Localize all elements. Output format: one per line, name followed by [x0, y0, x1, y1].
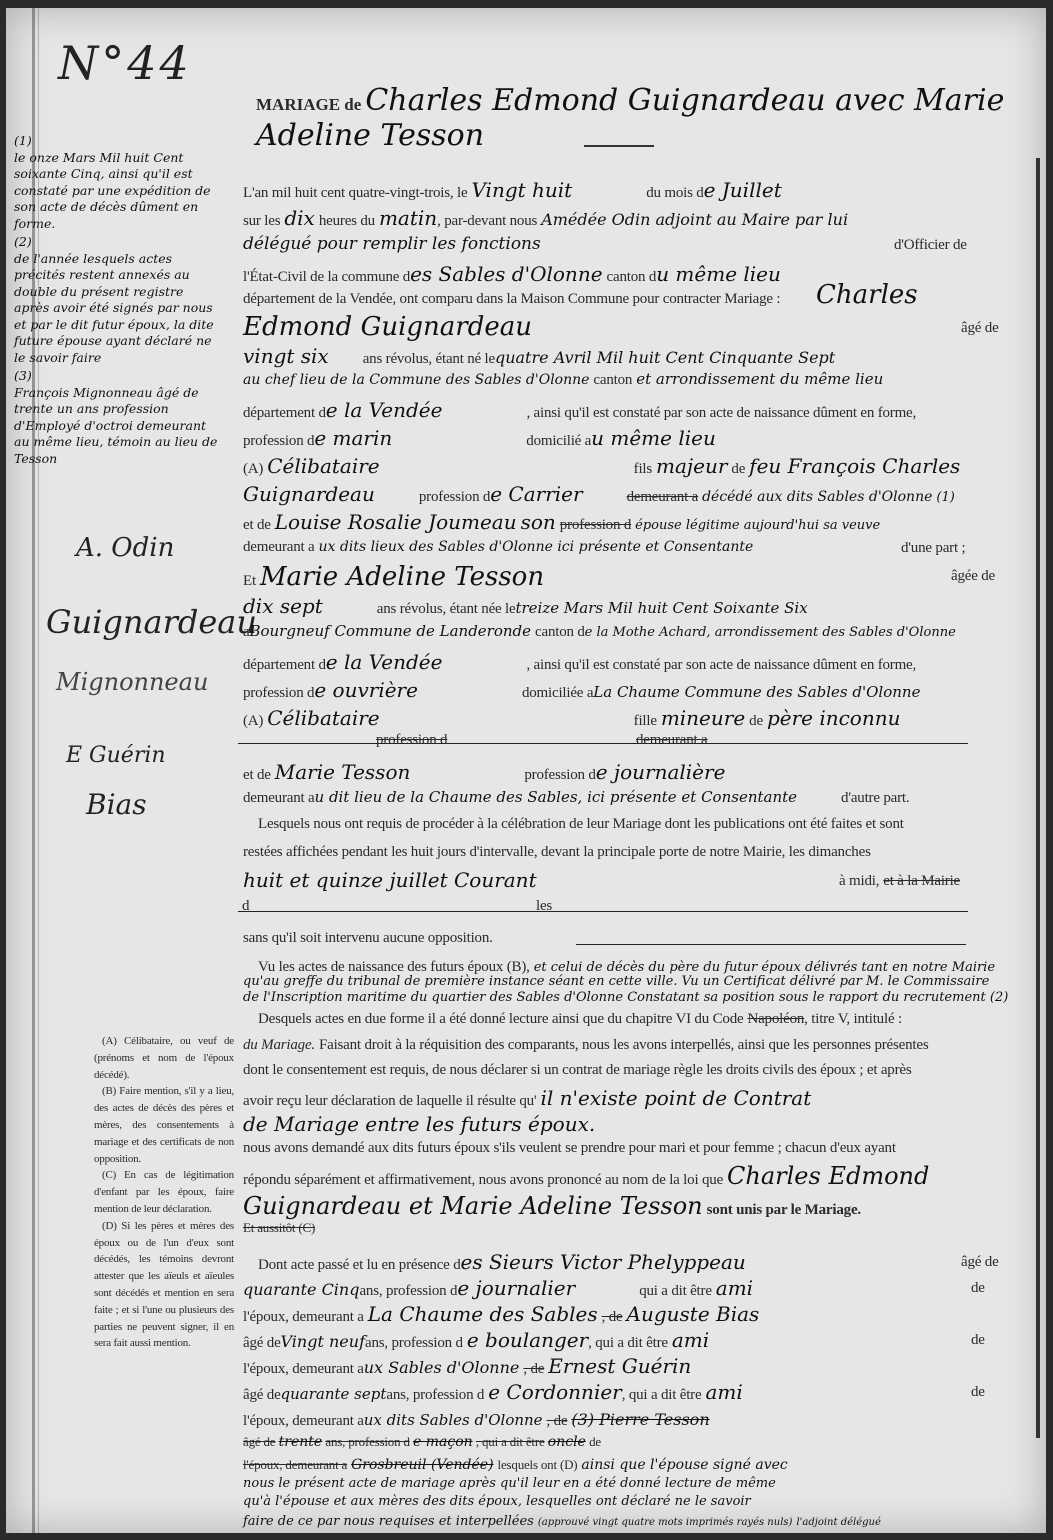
register-page: N°44 MARIAGE de Charles Edmond Guignarde…	[6, 8, 1046, 1533]
body-line-no-opposition: sans qu'il soit intervenu aucune opposit…	[243, 930, 493, 947]
body-line-groom-age: vingt six ans révolus, étant né lequatre…	[243, 344, 835, 368]
margin-notes: (1) le onze Mars Mil huit Cent soixante …	[14, 133, 219, 467]
margin-signature-guerin: E Guérin	[66, 743, 166, 768]
footnote-c: (C) En cas de légitimation d'enfant par …	[94, 1167, 234, 1217]
body-line-groom-status: (A) Célibataire fils majeur de feu Franç…	[243, 454, 960, 478]
record-title: MARIAGE de Charles Edmond Guignardeau av…	[256, 83, 1004, 118]
body-line-signing: l'époux, demeurant a Grosbreuil (Vendée)…	[243, 1456, 788, 1474]
body-line-witness-3: l'époux, demeurant aux Sables d'Olonne ,…	[243, 1354, 691, 1378]
body-line-witness-2: l'époux, demeurant a La Chaume des Sable…	[243, 1302, 759, 1326]
title-label: MARIAGE de	[256, 95, 361, 114]
body-line-date: L'an mil huit cent quatre-vingt-trois, l…	[243, 178, 782, 202]
body-line-groom-mother-residence: demeurant a ux dits lieux des Sables d'O…	[243, 538, 753, 556]
body-line-bride-mother-residence: demeurant au dit lieu de la Chaume des S…	[243, 788, 909, 807]
margin-note-2-label: (2)	[14, 234, 219, 251]
margin-note-1: le onze Mars Mil huit Cent soixante Cinq…	[14, 150, 219, 233]
body-line-sundays: huit et quinze juillet Courant	[243, 868, 537, 892]
record-number: N°44	[58, 36, 192, 90]
body-line-commune: l'État-Civil de la commune des Sables d'…	[243, 262, 781, 286]
body-line-groom-birthplace: au chef lieu de la Commune des Sables d'…	[243, 370, 883, 389]
title-names-line2: Adeline Tesson	[256, 118, 484, 153]
margin-note-1-label: (1)	[14, 133, 219, 150]
body-line-groom-mother: et de Louise Rosalie Joumeau son profess…	[243, 510, 880, 534]
body-line-delegation: délégué pour remplir les fonctions	[243, 234, 541, 254]
body-line-requisition: du Mariage. Faisant droit à la réquisiti…	[243, 1036, 928, 1054]
body-line-hour: sur les dix heures du matin, par-devant …	[243, 206, 848, 230]
approval-note: (approuvé vingt quatre mots imprimés ray…	[538, 1517, 793, 1528]
body-line-bride-departement: département de la Vendée , ainsi qu'il e…	[243, 650, 916, 674]
body-line-groom-profession: profession de marin domicilié au même li…	[243, 426, 716, 450]
body-line-bride-profession: profession de ouvrière domiciliée aLa Ch…	[243, 678, 920, 702]
body-line-witness-3-age: âgé dequarante septans, profession d e C…	[243, 1380, 743, 1404]
margin-note-3-label: (3)	[14, 368, 219, 385]
body-line-contract: avoir reçu leur déclaration de laquelle …	[243, 1086, 811, 1110]
body-line-publications-2: restées affichées pendant les huit jours…	[243, 844, 871, 861]
hw-groom-name: Edmond Guignardeau	[243, 312, 532, 342]
margin-signature-odin: A. Odin	[76, 533, 174, 563]
body-line-groom-father: Guignardeau profession de Carrier demeur…	[243, 482, 955, 506]
body-line-bride-age: dix sept ans révolus, étant née letreize…	[243, 594, 808, 618]
body-line-witness-1: Dont acte passé et lu en présence des Si…	[258, 1250, 746, 1274]
margin-signature-mignonneau: Mignonneau	[56, 668, 208, 696]
title-names-line1: Charles Edmond Guignardeau avec Marie	[365, 83, 1004, 118]
struck-line-father-profession	[238, 743, 968, 744]
body-line-departement: département de la Vendée, ont comparu da…	[243, 290, 780, 308]
hw-bride-name: Marie Adeline Tesson	[260, 562, 544, 592]
body-line-witness-4-struck: l'époux, demeurant aux dits Sables d'Olo…	[243, 1410, 710, 1430]
footnote-d: (D) Si les pères et mères des époux ou d…	[94, 1218, 234, 1352]
footnote-a: (A) Célibataire, ou veuf de (prénoms et …	[94, 1033, 234, 1083]
body-line-bride-status: (A) Célibataire fille mineure de père in…	[243, 706, 901, 730]
margin-signature-guignardeau: Guignardeau	[46, 603, 257, 641]
body-line-witness-4-age-struck: âgé de trente ans, profession d e maçon …	[243, 1434, 601, 1450]
hw-officer: Amédée Odin adjoint au Maire par lui	[541, 210, 848, 229]
footnotes: (A) Célibataire, ou veuf de (prénoms et …	[94, 1033, 234, 1352]
body-line-witness-2-age: âgé deVingt neufans, profession d e boul…	[243, 1328, 709, 1352]
hw-day: Vingt huit	[471, 178, 572, 202]
body-line-united: Guignardeau et Marie Adeline Tesson sont…	[243, 1192, 861, 1220]
hw-month: e Juillet	[704, 178, 782, 202]
margin-note-3: François Mignonneau âgé de trente un ans…	[14, 385, 219, 468]
title-flourish-divider	[584, 139, 654, 147]
struck-line-mairie	[238, 911, 968, 912]
page-edge-shadow	[1036, 158, 1040, 1438]
body-line-bride-mother: et de Marie Tesson profession de journal…	[243, 760, 725, 784]
adjoint-note: l'adjoint délégué	[796, 1517, 880, 1528]
body-line-bride-name: Et Marie Adeline Tesson	[243, 562, 544, 592]
body-line-groom-departement: département de la Vendée , ainsi qu'il e…	[243, 398, 916, 422]
footnote-b: (B) Faire mention, s'il y a lieu, des ac…	[94, 1083, 234, 1167]
body-line-witness-1-age: quarante Cinqans, profession de journali…	[243, 1276, 753, 1300]
body-line-publications-1: Lesquels nous ont requis de procéder à l…	[258, 816, 904, 833]
margin-note-2: de l'année lesquels actes précités reste…	[14, 251, 219, 367]
body-line-bride-birthplace: aBourgneuf Commune de Landeronde canton …	[243, 622, 956, 641]
margin-signature-bias: Bias	[86, 788, 147, 821]
body-line-pronouncement: répondu séparément et affirmativement, n…	[243, 1162, 929, 1190]
body-line-lecture: Desquels actes en due forme il a été don…	[258, 1010, 902, 1028]
